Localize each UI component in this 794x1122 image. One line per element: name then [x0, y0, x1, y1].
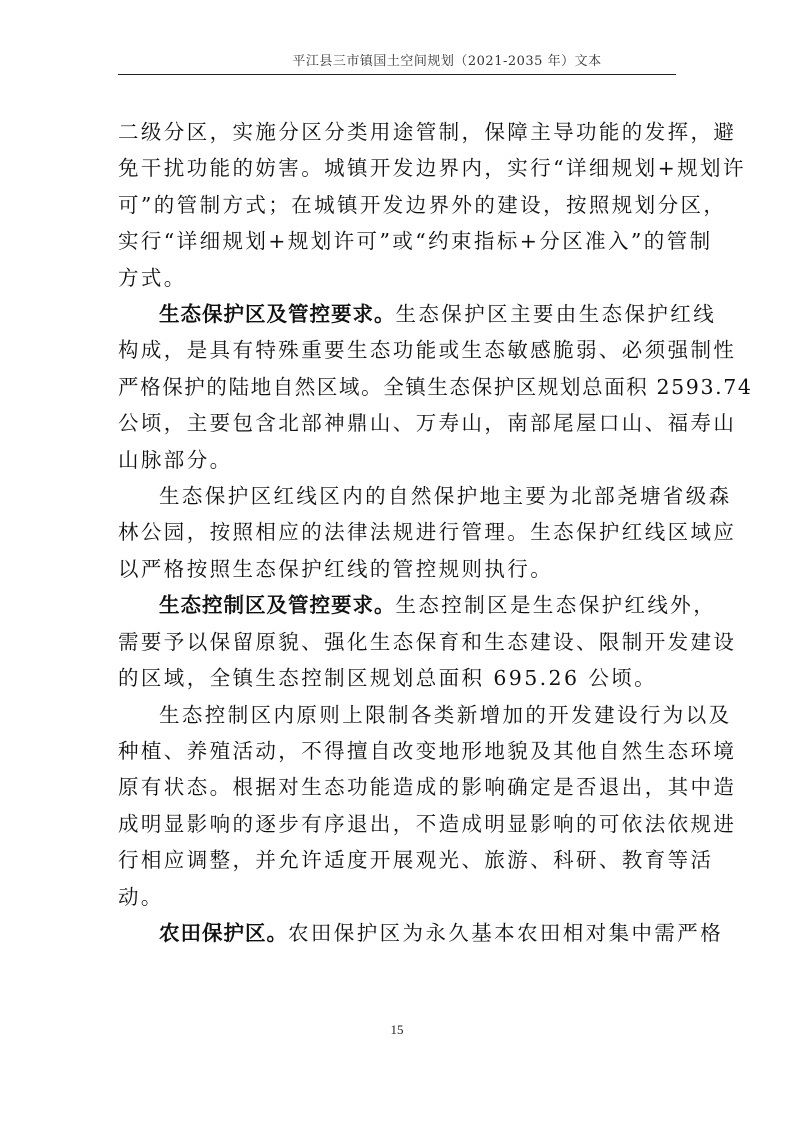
text-line: 行相应调整，并允许适度开展观光、旅游、科研、教育等活 — [118, 842, 680, 878]
paragraph-ecological-protection-zone: 生态保护区及管控要求。生态保护区主要由生态保护红线 构成，是具有特殊重要生态功能… — [118, 296, 680, 478]
text-line: 生态控制区是生态保护红线外， — [396, 593, 717, 617]
paragraph-farmland-protection-zone: 农田保护区。农田保护区为永久基本农田相对集中需严格 — [118, 915, 680, 951]
text-line: 种植、养殖活动，不得擅自改变地形地貌及其他自然生态环境 — [118, 733, 680, 769]
text-line: 以严格按照生态保护红线的管控规则执行。 — [118, 551, 680, 587]
text-line: 生态保护区红线区内的自然保护地主要为北部尧塘省级森 — [118, 478, 680, 514]
text-line: 动。 — [118, 879, 680, 915]
text-line: 生态保护区主要由生态保护红线 — [396, 302, 717, 326]
text-line: 可”的管制方式；在城镇开发边界外的建设，按照规划分区， — [118, 187, 680, 223]
section-heading: 生态保护区及管控要求。 — [159, 302, 396, 326]
paragraph-control-zone-rules: 生态控制区内原则上限制各类新增加的开发建设行为以及 种植、养殖活动，不得擅自改变… — [118, 697, 680, 915]
text-line: 严格保护的陆地自然区域。全镇生态保护区规划总面积 2593.74 — [118, 369, 680, 405]
text-line: 二级分区，实施分区分类用途管制，保障主导功能的发挥，避 — [118, 114, 680, 150]
page-body: 二级分区，实施分区分类用途管制，保障主导功能的发挥，避 免干扰功能的妨害。城镇开… — [118, 114, 680, 951]
paragraph-ecological-control-zone: 生态控制区及管控要求。生态控制区是生态保护红线外， 需要予以保留原貌、强化生态保… — [118, 587, 680, 696]
text-line: 山脉部分。 — [118, 442, 680, 478]
page-number: 15 — [0, 1022, 794, 1038]
paragraph-zoning-control: 二级分区，实施分区分类用途管制，保障主导功能的发挥，避 免干扰功能的妨害。城镇开… — [118, 114, 680, 296]
paragraph-nature-reserve: 生态保护区红线区内的自然保护地主要为北部尧塘省级森 林公园，按照相应的法律法规进… — [118, 478, 680, 587]
section-heading: 生态控制区及管控要求。 — [159, 593, 396, 617]
text-line: 成明显影响的逐步有序退出，不造成明显影响的可依法依规进 — [118, 806, 680, 842]
text-line: 农田保护区为永久基本农田相对集中需严格 — [288, 921, 723, 945]
text-line: 公顷，主要包含北部神鼎山、万寿山，南部尾屋口山、福寿山 — [118, 405, 680, 441]
text-line: 实行“详细规划+规划许可”或“约束指标+分区准入”的管制 — [118, 223, 680, 259]
text-line: 原有状态。根据对生态功能造成的影响确定是否退出，其中造 — [118, 769, 680, 805]
text-line: 构成，是具有特殊重要生态功能或生态敏感脆弱、必须强制性 — [118, 332, 680, 368]
document-title: 平江县三市镇国土空间规划（2021-2035 年）文本 — [292, 54, 601, 69]
text-line: 免干扰功能的妨害。城镇开发边界内，实行“详细规划+规划许 — [118, 150, 680, 186]
text-line: 的区域，全镇生态控制区规划总面积 695.26 公顷。 — [118, 660, 680, 696]
text-line: 生态控制区内原则上限制各类新增加的开发建设行为以及 — [118, 697, 680, 733]
text-line: 需要予以保留原貌、强化生态保育和生态建设、限制开发建设 — [118, 624, 680, 660]
text-line: 方式。 — [118, 260, 680, 296]
section-heading: 农田保护区。 — [159, 921, 288, 945]
running-header: 平江县三市镇国土空间规划（2021-2035 年）文本 — [118, 52, 676, 75]
text-line: 林公园，按照相应的法律法规进行管理。生态保护红线区域应 — [118, 514, 680, 550]
